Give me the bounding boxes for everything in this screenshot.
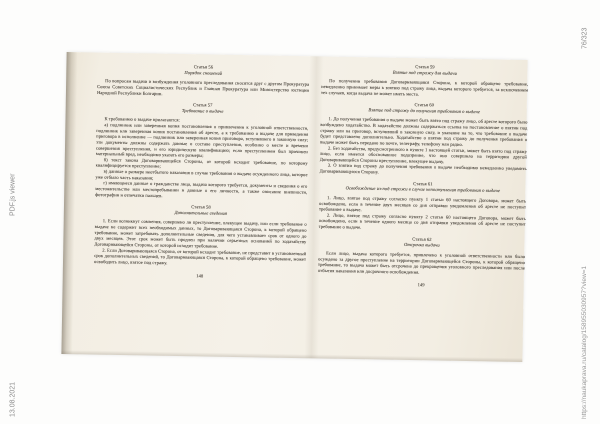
paragraph: 3. О взятии под стражу до получения треб… xyxy=(320,163,527,178)
page-indicator-label: 76/323 xyxy=(580,28,588,49)
paragraph: По получении требования Договаривающаяся… xyxy=(321,78,528,99)
paragraph: Если лицо, выдача которого требуется, пр… xyxy=(318,250,525,277)
book-scan: Статья 56Порядок сношенийПо вопросам выд… xyxy=(61,52,527,362)
source-url-label: https://naukaprava.ru/catalog/1589550309… xyxy=(580,266,588,419)
paragraph: а) подлинник или заверенная копия постан… xyxy=(96,122,309,161)
scan-left-edge-shadow xyxy=(61,52,77,354)
paragraph: 2. Если Договаривающаяся Сторона, от кот… xyxy=(94,247,306,268)
paragraph: 1. До получения требования о выдаче може… xyxy=(320,116,527,149)
book-page-left: Статья 56Порядок сношенийПо вопросам выд… xyxy=(92,63,309,355)
book-page-right: Статья 59Взятие под стражу для выдачиПо … xyxy=(316,62,528,358)
viewer-title-label: PDF.js viewer xyxy=(8,174,16,216)
print-date-label: 13.08.2021 xyxy=(8,382,16,417)
paragraph: г) имеющиеся данные о гражданстве лица, … xyxy=(95,180,307,201)
page-number: 149 xyxy=(318,281,525,290)
paragraph: По вопросам выдачи и возбуждения уголовн… xyxy=(97,78,309,99)
page-text-column: Статья 59Взятие под стражу для выдачиПо … xyxy=(318,62,529,290)
page-text-column: Статья 56Порядок сношенийПо вопросам выд… xyxy=(94,63,310,282)
paragraph: 1. Если возникнут сомнения, совершено ли… xyxy=(94,218,306,251)
page-number: 148 xyxy=(94,272,306,282)
paragraph: 2. Лицо, взятое под стражу согласно пунк… xyxy=(319,212,526,233)
